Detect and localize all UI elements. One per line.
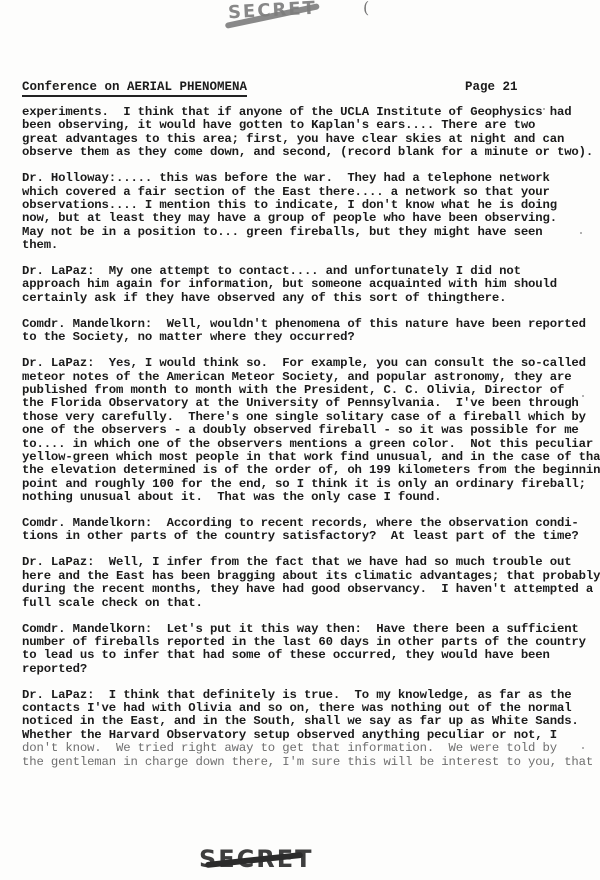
text-line: Comdr. Mandelkorn: According to recent r… [22,517,592,530]
transcript-paragraph: Comdr. Mandelkorn: Well, wouldn't phenom… [22,318,592,345]
transcript-paragraph: Dr. LaPaz: I think that definitely is tr… [22,689,592,769]
text-line: during the recent months, they have had … [22,583,592,596]
text-line: point and roughly 100 for the end, so I … [22,478,592,491]
text-line: full scale check on that. [22,597,592,610]
scan-speckle [580,232,582,234]
text-line: Dr. LaPaz: My one attempt to contact....… [22,265,592,278]
text-line: Dr. LaPaz: Well, I infer from the fact t… [22,556,592,569]
text-line: Comdr. Mandelkorn: Let's put it this way… [22,623,592,636]
text-line: the Florida Observatory at the Universit… [22,397,592,410]
title-subject: AERIAL PHENOMENA [127,80,247,94]
text-line: number of fireballs reported in the last… [22,636,592,649]
transcript-paragraph: Dr. Holloway:..... this was before the w… [22,172,592,252]
text-line: noticed in the East, and in the South, s… [22,715,592,728]
text-line: nothing unusual about it. That was the o… [22,491,592,504]
text-line: those very carefully. There's one single… [22,411,592,424]
transcript-paragraph: Dr. LaPaz: Yes, I would think so. For ex… [22,357,592,504]
text-line: approach him again for information, but … [22,278,592,291]
text-line: May not be in a position to... green fir… [22,226,592,239]
document-page: SECRET ( Conference on AERIAL PHENOMENA … [0,0,600,880]
scan-speckle [582,395,584,397]
text-line: the gentleman in charge down there, I'm … [22,756,592,769]
text-line: to lead us to infer that had some of the… [22,649,592,662]
text-line: been observing, it would have gotten to … [22,119,592,132]
text-line: reported? [22,663,592,676]
text-line: the elevation determined is of the order… [22,464,592,477]
text-line: Whether the Harvard Observatory setup ob… [22,729,592,742]
text-line: Dr. LaPaz: I think that definitely is tr… [22,689,592,702]
text-line: observations.... I mention this to indic… [22,199,592,212]
page-header: Conference on AERIAL PHENOMENA Page 21 [22,80,582,97]
classification-stamp-top: SECRET [228,0,318,23]
margin-mark: ( [363,0,369,17]
transcript-paragraph: Comdr. Mandelkorn: According to recent r… [22,517,592,544]
title-prefix: Conference on [22,80,127,94]
text-line: observe them as they come down, and seco… [22,146,592,159]
transcript-body: experiments. I think that if anyone of t… [22,106,592,782]
text-line: them. [22,239,592,252]
text-line: certainly ask if they have observed any … [22,292,592,305]
text-line: contacts I've had with Olivia and so on,… [22,702,592,715]
text-line: published from month to month with the P… [22,384,592,397]
transcript-paragraph: experiments. I think that if anyone of t… [22,106,592,160]
text-line: which covered a fair section of the East… [22,186,592,199]
text-line: meteor notes of the American Meteor Soci… [22,371,592,384]
scan-speckle [543,108,545,110]
text-line: yellow-green which most people in that w… [22,451,592,464]
text-line: experiments. I think that if anyone of t… [22,106,592,119]
text-line: to the Society, no matter where they occ… [22,331,592,344]
text-line: Comdr. Mandelkorn: Well, wouldn't phenom… [22,318,592,331]
scan-speckle [547,326,549,328]
text-line: Dr. Holloway:..... this was before the w… [22,172,592,185]
text-line: don't know. We tried right away to get t… [22,742,592,755]
document-title: Conference on AERIAL PHENOMENA [22,80,247,97]
text-line: Dr. LaPaz: Yes, I would think so. For ex… [22,357,592,370]
scan-speckle [582,747,584,749]
classification-stamp-bottom: SECRET [199,845,314,873]
text-line: now, but at least they may have a group … [22,212,592,225]
transcript-paragraph: Dr. LaPaz: Well, I infer from the fact t… [22,556,592,610]
scan-speckle [536,591,538,593]
text-line: one of the observers - a doubly observed… [22,424,592,437]
text-line: here and the East has been bragging abou… [22,570,592,583]
transcript-paragraph: Dr. LaPaz: My one attempt to contact....… [22,265,592,305]
text-line: tions in other parts of the country sati… [22,530,592,543]
transcript-paragraph: Comdr. Mandelkorn: Let's put it this way… [22,623,592,677]
page-number: Page 21 [465,80,518,94]
text-line: great advantages to this area; first, yo… [22,133,592,146]
text-line: to.... in which one of the observers men… [22,438,592,451]
